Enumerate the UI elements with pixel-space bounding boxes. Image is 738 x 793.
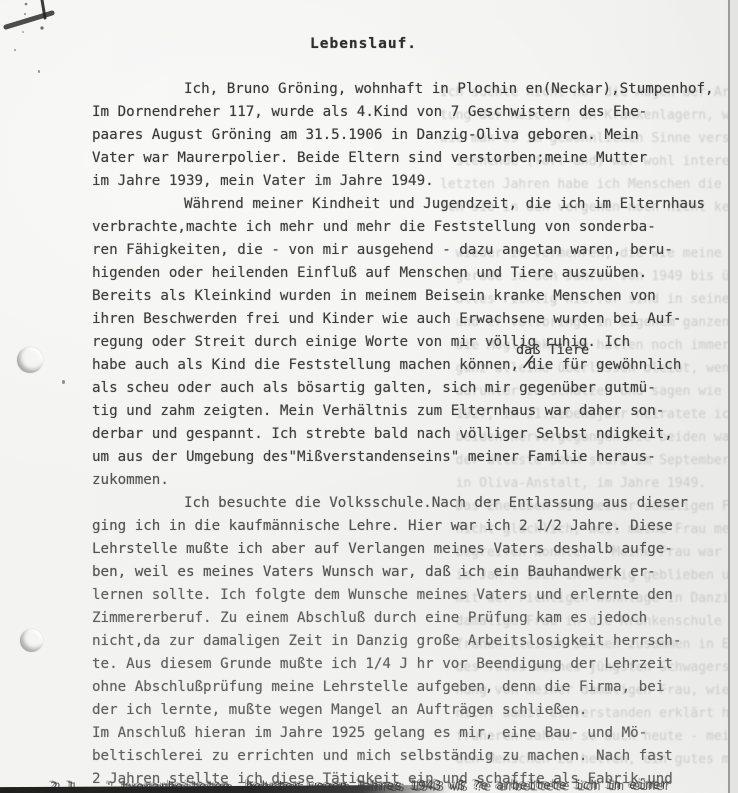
- text-line: habe auch als Kind die Feststellung mach…: [92, 354, 732, 377]
- ink-speck: [62, 380, 65, 384]
- text-line: regung oder Streit durch einige Worte vo…: [92, 331, 732, 354]
- ink-speck: [38, 70, 40, 73]
- document-title: Lebenslauf.: [310, 36, 417, 52]
- text-line: Ich, Bruno Gröning, wohnhaft in Plochin …: [92, 78, 732, 101]
- text-line: Zimmererberuf. Zu einem Abschluß durch e…: [92, 607, 732, 630]
- text-line: Bereits als Kleinkind wurden in meinem B…: [92, 285, 732, 308]
- text-line: derbar und gespannt. Ich strebte bald na…: [92, 423, 732, 446]
- text-line: um aus der Umgebung des"Mißverstandensei…: [92, 446, 732, 469]
- text-line: zukommen.: [92, 469, 732, 492]
- text-line: als scheu oder auch als bösartig galten,…: [92, 377, 732, 400]
- text-line: ihren Beschwerden frei und Kinder wie au…: [92, 308, 732, 331]
- text-line: Ich besuchte die Volksschule.Nach der En…: [92, 492, 732, 515]
- text-line: verbrachte,machte ich mehr und mehr die …: [92, 216, 732, 239]
- text-line: tig und zahm zeigten. Mein Verhältnis zu…: [92, 400, 732, 423]
- text-line: paares August Gröning am 31.5.1906 in Da…: [92, 124, 732, 147]
- text-line: Vater war Maurerpolier. Beide Eltern sin…: [92, 147, 732, 170]
- hole-punch-top: [17, 347, 43, 373]
- text-line: nicht,da zur damaligen Zeit in Danzig gr…: [92, 630, 732, 653]
- text-line: Lehrstelle mußte ich aber auf Verlangen …: [92, 538, 732, 561]
- text-line: ren Fähigkeiten, die - von mir ausgehend…: [92, 239, 732, 262]
- text-line: higenden oder heilenden Einfluß auf Mens…: [92, 262, 732, 285]
- scan-bottom-bar: [0, 785, 452, 793]
- text-line: Während meiner Kindheit und Jugendzeit, …: [92, 193, 732, 216]
- text-line: ohne Abschlußprüfung meine Lehrstelle au…: [92, 676, 732, 699]
- typewritten-text: Ich, Bruno Gröning, wohnhaft in Plochin …: [92, 78, 732, 791]
- text-line: Im Anschluß hieran im Jahre 1925 gelang …: [92, 722, 732, 745]
- text-line: ging ich in die kaufmännische Lehre. Hie…: [92, 515, 732, 538]
- text-line: Im Dornendreher 117, wurde als 4.Kind vo…: [92, 101, 732, 124]
- text-line: ben, weil es meines Vaters Wunsch war, d…: [92, 561, 732, 584]
- text-line: beltischlerei zu errichten und mich selb…: [92, 745, 732, 768]
- text-line: te. Aus diesem Grunde mußte ich 1/4 J hr…: [92, 653, 732, 676]
- scan-edge-right: [728, 0, 738, 793]
- text-line: der ich lernte, mußte wegen Mangel an Au…: [92, 699, 732, 722]
- document-page: Ich suchte nicht nur die Augen der Armen…: [0, 0, 738, 793]
- pen-mark: [0, 0, 130, 110]
- text-line: lernen sollte. Ich folgte dem Wunsche me…: [92, 584, 732, 607]
- hole-punch-bottom: [20, 629, 43, 652]
- text-line: im Jahre 1939, mein Vater im Jahre 1949.: [92, 170, 732, 193]
